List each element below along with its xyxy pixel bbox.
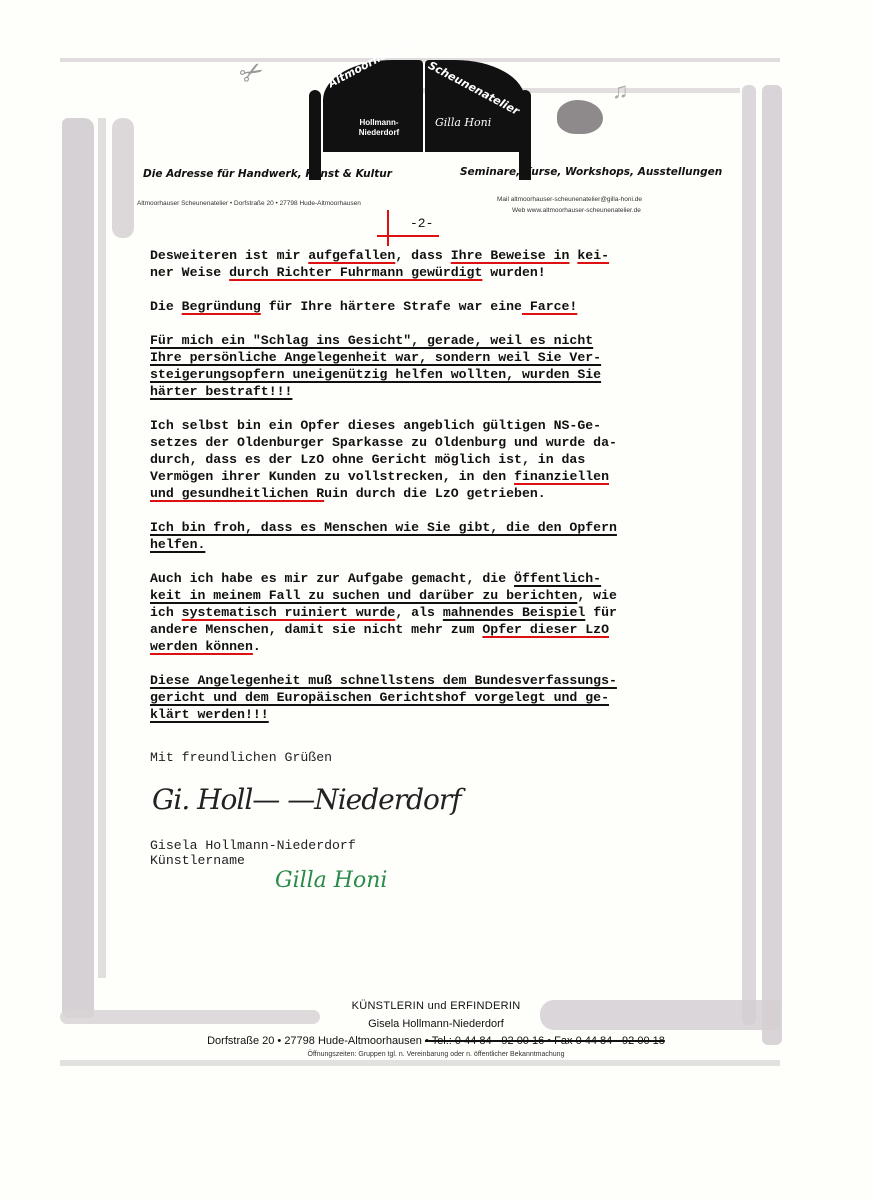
signer-name: Gisela Hollmann-Niederdorf: [150, 838, 356, 853]
handwritten-signature: Gi. Holl— —Niederdorf: [152, 783, 461, 816]
closing: Mit freundlichen Grüßen: [150, 750, 332, 765]
footer-name: Gisela Hollmann-Niederdorf: [0, 1018, 872, 1030]
paragraph: Für mich ein "Schlag ins Gesicht", gerad…: [150, 332, 690, 400]
decor-border-right: [762, 85, 782, 1045]
footer-title: KÜNSTLERIN und ERFINDERIN: [0, 1000, 872, 1012]
paragraph: Die Begründung für Ihre härtere Strafe w…: [150, 298, 690, 315]
letter-body: Desweiteren ist mir aufgefallen, dass Ih…: [150, 247, 690, 740]
letter-page: ✂ ♫ Altmoorhauser Scheunenatelier Hollma…: [0, 0, 872, 1200]
decor-border-left: [62, 118, 94, 1018]
sender-line: Altmoorhauser Scheunenatelier • Dorfstra…: [137, 200, 361, 207]
logo-owner-line: Hollmann-: [339, 118, 419, 128]
page-number: -2-: [410, 216, 433, 231]
red-pen-mark: [387, 210, 389, 246]
artist-signature: Gilla Honi: [275, 868, 387, 893]
paragraph: Ich bin froh, dass es Menschen wie Sie g…: [150, 519, 690, 553]
signer-label: Künstlername: [150, 853, 245, 868]
logo-signature: Gilla Honi: [435, 116, 491, 129]
red-pen-mark: [377, 235, 439, 237]
web-line: Web www.altmoorhauser-scheunenatelier.de: [512, 207, 641, 214]
paragraph: Diese Angelegenheit muß schnellstens dem…: [150, 672, 690, 723]
mail-line: Mail altmoorhauser-scheunenatelier@gilla…: [497, 196, 642, 203]
decor-border-bottom: [60, 1060, 780, 1066]
paint-palette-icon: [557, 100, 603, 134]
logo-gate: Altmoorhauser Scheunenatelier Hollmann- …: [309, 50, 531, 152]
paragraph: Desweiteren ist mir aufgefallen, dass Ih…: [150, 247, 690, 281]
footer-hours: Öffnungszeiten: Gruppen tgl. n. Vereinba…: [0, 1051, 872, 1058]
logo-owner-line: Niederdorf: [339, 128, 419, 138]
paragraph: Ich selbst bin ein Opfer dieses angeblic…: [150, 417, 690, 502]
logo-owner: Hollmann- Niederdorf: [339, 118, 419, 138]
decor-border-right: [742, 85, 756, 1025]
tagline-right: Seminare, Kurse, Workshops, Ausstellunge…: [460, 166, 722, 178]
decor-border-left: [98, 118, 106, 978]
paragraph: Auch ich habe es mir zur Aufgabe gemacht…: [150, 570, 690, 655]
gate-post: [309, 90, 321, 180]
footer-address: Dorfstraße 20 • 27798 Hude-Altmoorhausen: [207, 1035, 422, 1047]
tagline-left: Die Adresse für Handwerk, Kunst & Kultur: [143, 168, 392, 180]
footer-address-line: Dorfstraße 20 • 27798 Hude-Altmoorhausen…: [0, 1035, 872, 1047]
footer-phone-struck: • Tel.: 0 44 84 - 92 00 16 • Fax 0 44 84…: [425, 1035, 665, 1047]
music-note-icon: ♫: [612, 78, 629, 104]
decor-border-left: [112, 118, 134, 238]
